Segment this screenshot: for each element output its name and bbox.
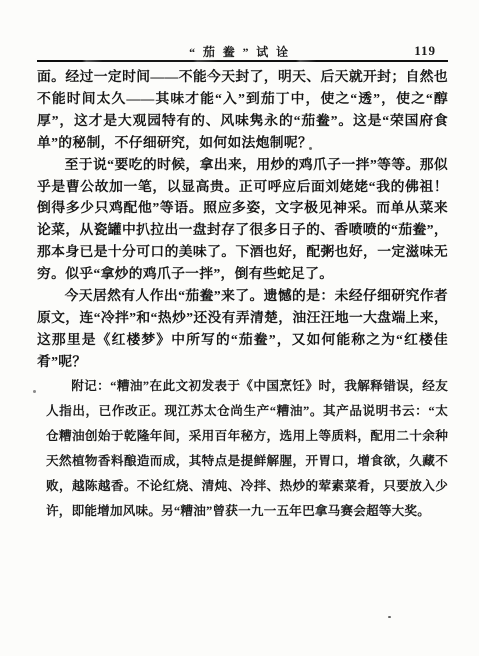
- header-rule-divider: [37, 60, 448, 62]
- scan-speck: [309, 147, 312, 150]
- page-number: 119: [414, 43, 436, 59]
- paragraph-continuation: 面。经过一定时间——不能今天封了，明天、后天就开封；自然也不能时间太久——其味才…: [37, 66, 448, 154]
- paragraph-3: 今天居然有人作出“茄鲞”来了。遗憾的是：未经仔细研究作者原文，连“冷拌”和“热炒…: [37, 285, 448, 373]
- scan-speck: [388, 616, 391, 618]
- postscript-note: 附记：“糟油”在此文初发表于《中国烹饪》时，我解释错误，经友人指出，已作改正。现…: [46, 374, 448, 524]
- book-page: “茄鲞”试诠 119 面。经过一定时间——不能今天封了，明天、后天就开封；自然也…: [0, 0, 479, 656]
- body-text: 面。经过一定时间——不能今天封了，明天、后天就开封；自然也不能时间太久——其味才…: [37, 66, 448, 373]
- scan-speck: [33, 390, 36, 393]
- paragraph-2: 至于说“要吃的时候，拿出来，用炒的鸡爪子一拌”等等。那似乎是曹公故加一笔，以显高…: [37, 154, 448, 285]
- page-title: “茄鲞”试诠: [37, 43, 448, 60]
- running-header: “茄鲞”试诠 119: [37, 43, 448, 59]
